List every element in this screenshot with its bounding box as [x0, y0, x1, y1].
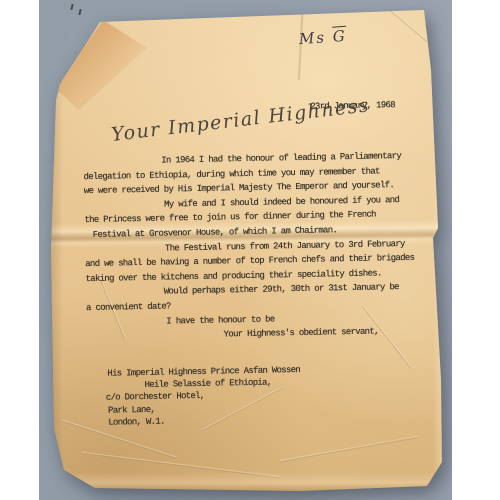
- letter-body: In 1964 I had the honour of leading a Pa…: [83, 148, 432, 344]
- initials-first: Ms: [298, 28, 326, 48]
- handwritten-initials: Ms G: [298, 27, 347, 48]
- white-frame-right: [452, 0, 500, 500]
- letter-paper: Ms G 23rd January, 1968 Your Imperial Hi…: [47, 6, 445, 492]
- white-frame-left: [0, 0, 39, 500]
- recipient-block: His Imperial Highness Prince Asfan Wosse…: [87, 362, 388, 429]
- paper-shadow-wrap: Ms G 23rd January, 1968 Your Imperial Hi…: [39, 0, 452, 500]
- letter-content: Ms G 23rd January, 1968 Your Imperial Hi…: [42, 2, 449, 496]
- handwritten-salutation: Your Imperial Highness: [110, 94, 371, 146]
- letter-photo-scene: Ms G 23rd January, 1968 Your Imperial Hi…: [0, 0, 500, 500]
- initials-second: G: [332, 27, 347, 46]
- photo-background: Ms G 23rd January, 1968 Your Imperial Hi…: [39, 0, 452, 500]
